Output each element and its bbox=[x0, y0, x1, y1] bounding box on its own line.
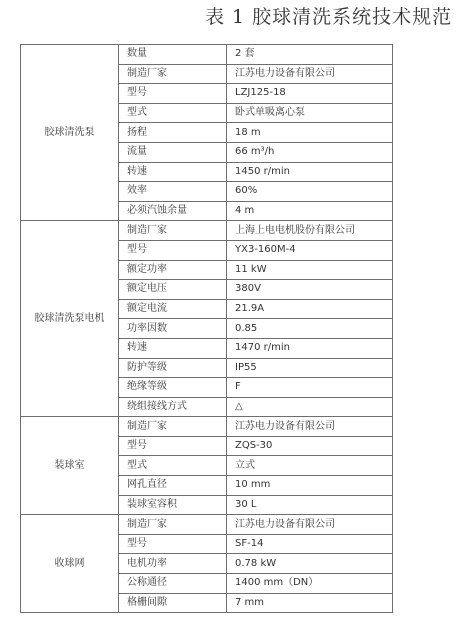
value-cell: 0.85 bbox=[227, 319, 393, 339]
value-cell: 18 m bbox=[227, 123, 393, 143]
table-row: 收球网 制造厂家 江苏电力设备有限公司 bbox=[21, 515, 393, 535]
value-cell: 1450 r/min bbox=[227, 162, 393, 182]
value-cell: 4 m bbox=[227, 201, 393, 221]
param-cell: 电机功率 bbox=[119, 554, 227, 574]
table-row: 胶球清洗泵 数量 2 套 bbox=[21, 45, 393, 65]
param-cell: 绕组接线方式 bbox=[119, 397, 227, 417]
value-cell: 30 L bbox=[227, 495, 393, 515]
value-cell: 11 kW bbox=[227, 260, 393, 280]
value-cell: 上海上电电机股份有限公司 bbox=[227, 221, 393, 241]
param-cell: 额定电压 bbox=[119, 280, 227, 300]
group-label: 装球室 bbox=[21, 417, 119, 515]
value-cell: 7 mm bbox=[227, 593, 393, 613]
param-cell: 型号 bbox=[119, 240, 227, 260]
table-caption: 表 1 胶球清洗系统技术规范 bbox=[205, 2, 452, 29]
param-cell: 装球室容积 bbox=[119, 495, 227, 515]
value-cell: 江苏电力设备有限公司 bbox=[227, 515, 393, 535]
param-cell: 制造厂家 bbox=[119, 417, 227, 437]
spec-table: 胶球清洗泵 数量 2 套 制造厂家江苏电力设备有限公司 型号LZJ125-18 … bbox=[20, 44, 393, 613]
value-cell: 江苏电力设备有限公司 bbox=[227, 64, 393, 84]
value-cell: 立式 bbox=[227, 456, 393, 476]
table-row: 胶球清洗泵电机 制造厂家 上海上电电机股份有限公司 bbox=[21, 221, 393, 241]
value-cell: 1470 r/min bbox=[227, 338, 393, 358]
param-cell: 转速 bbox=[119, 162, 227, 182]
value-cell: 0.78 kW bbox=[227, 554, 393, 574]
value-cell: 21.9A bbox=[227, 299, 393, 319]
param-cell: 制造厂家 bbox=[119, 64, 227, 84]
param-cell: 转速 bbox=[119, 338, 227, 358]
param-cell: 网孔直径 bbox=[119, 476, 227, 496]
param-cell: 型式 bbox=[119, 103, 227, 123]
param-cell: 型号 bbox=[119, 84, 227, 104]
value-cell: IP55 bbox=[227, 358, 393, 378]
value-cell: △ bbox=[227, 397, 393, 417]
param-cell: 型式 bbox=[119, 456, 227, 476]
value-cell: 10 mm bbox=[227, 476, 393, 496]
value-cell: ZQS-30 bbox=[227, 436, 393, 456]
param-cell: 数量 bbox=[119, 45, 227, 65]
value-cell: 2 套 bbox=[227, 45, 393, 65]
value-cell: 380V bbox=[227, 280, 393, 300]
group-label: 收球网 bbox=[21, 515, 119, 613]
param-cell: 效率 bbox=[119, 182, 227, 202]
param-cell: 格栅间隙 bbox=[119, 593, 227, 613]
value-cell: YX3-160M-4 bbox=[227, 240, 393, 260]
param-cell: 流量 bbox=[119, 142, 227, 162]
value-cell: SF-14 bbox=[227, 534, 393, 554]
group-label: 胶球清洗泵 bbox=[21, 45, 119, 221]
value-cell: 66 m³/h bbox=[227, 142, 393, 162]
param-cell: 公称通径 bbox=[119, 574, 227, 594]
param-cell: 防护等级 bbox=[119, 358, 227, 378]
param-cell: 型号 bbox=[119, 534, 227, 554]
param-cell: 功率因数 bbox=[119, 319, 227, 339]
param-cell: 型号 bbox=[119, 436, 227, 456]
param-cell: 扬程 bbox=[119, 123, 227, 143]
value-cell: LZJ125-18 bbox=[227, 84, 393, 104]
param-cell: 额定功率 bbox=[119, 260, 227, 280]
table-row: 装球室 制造厂家 江苏电力设备有限公司 bbox=[21, 417, 393, 437]
value-cell: 卧式单吸离心泵 bbox=[227, 103, 393, 123]
value-cell: F bbox=[227, 378, 393, 398]
param-cell: 必须汽蚀余量 bbox=[119, 201, 227, 221]
value-cell: 60% bbox=[227, 182, 393, 202]
value-cell: 1400 mm（DN） bbox=[227, 574, 393, 594]
group-label: 胶球清洗泵电机 bbox=[21, 221, 119, 417]
param-cell: 制造厂家 bbox=[119, 515, 227, 535]
value-cell: 江苏电力设备有限公司 bbox=[227, 417, 393, 437]
param-cell: 额定电流 bbox=[119, 299, 227, 319]
param-cell: 制造厂家 bbox=[119, 221, 227, 241]
param-cell: 绝缘等级 bbox=[119, 378, 227, 398]
